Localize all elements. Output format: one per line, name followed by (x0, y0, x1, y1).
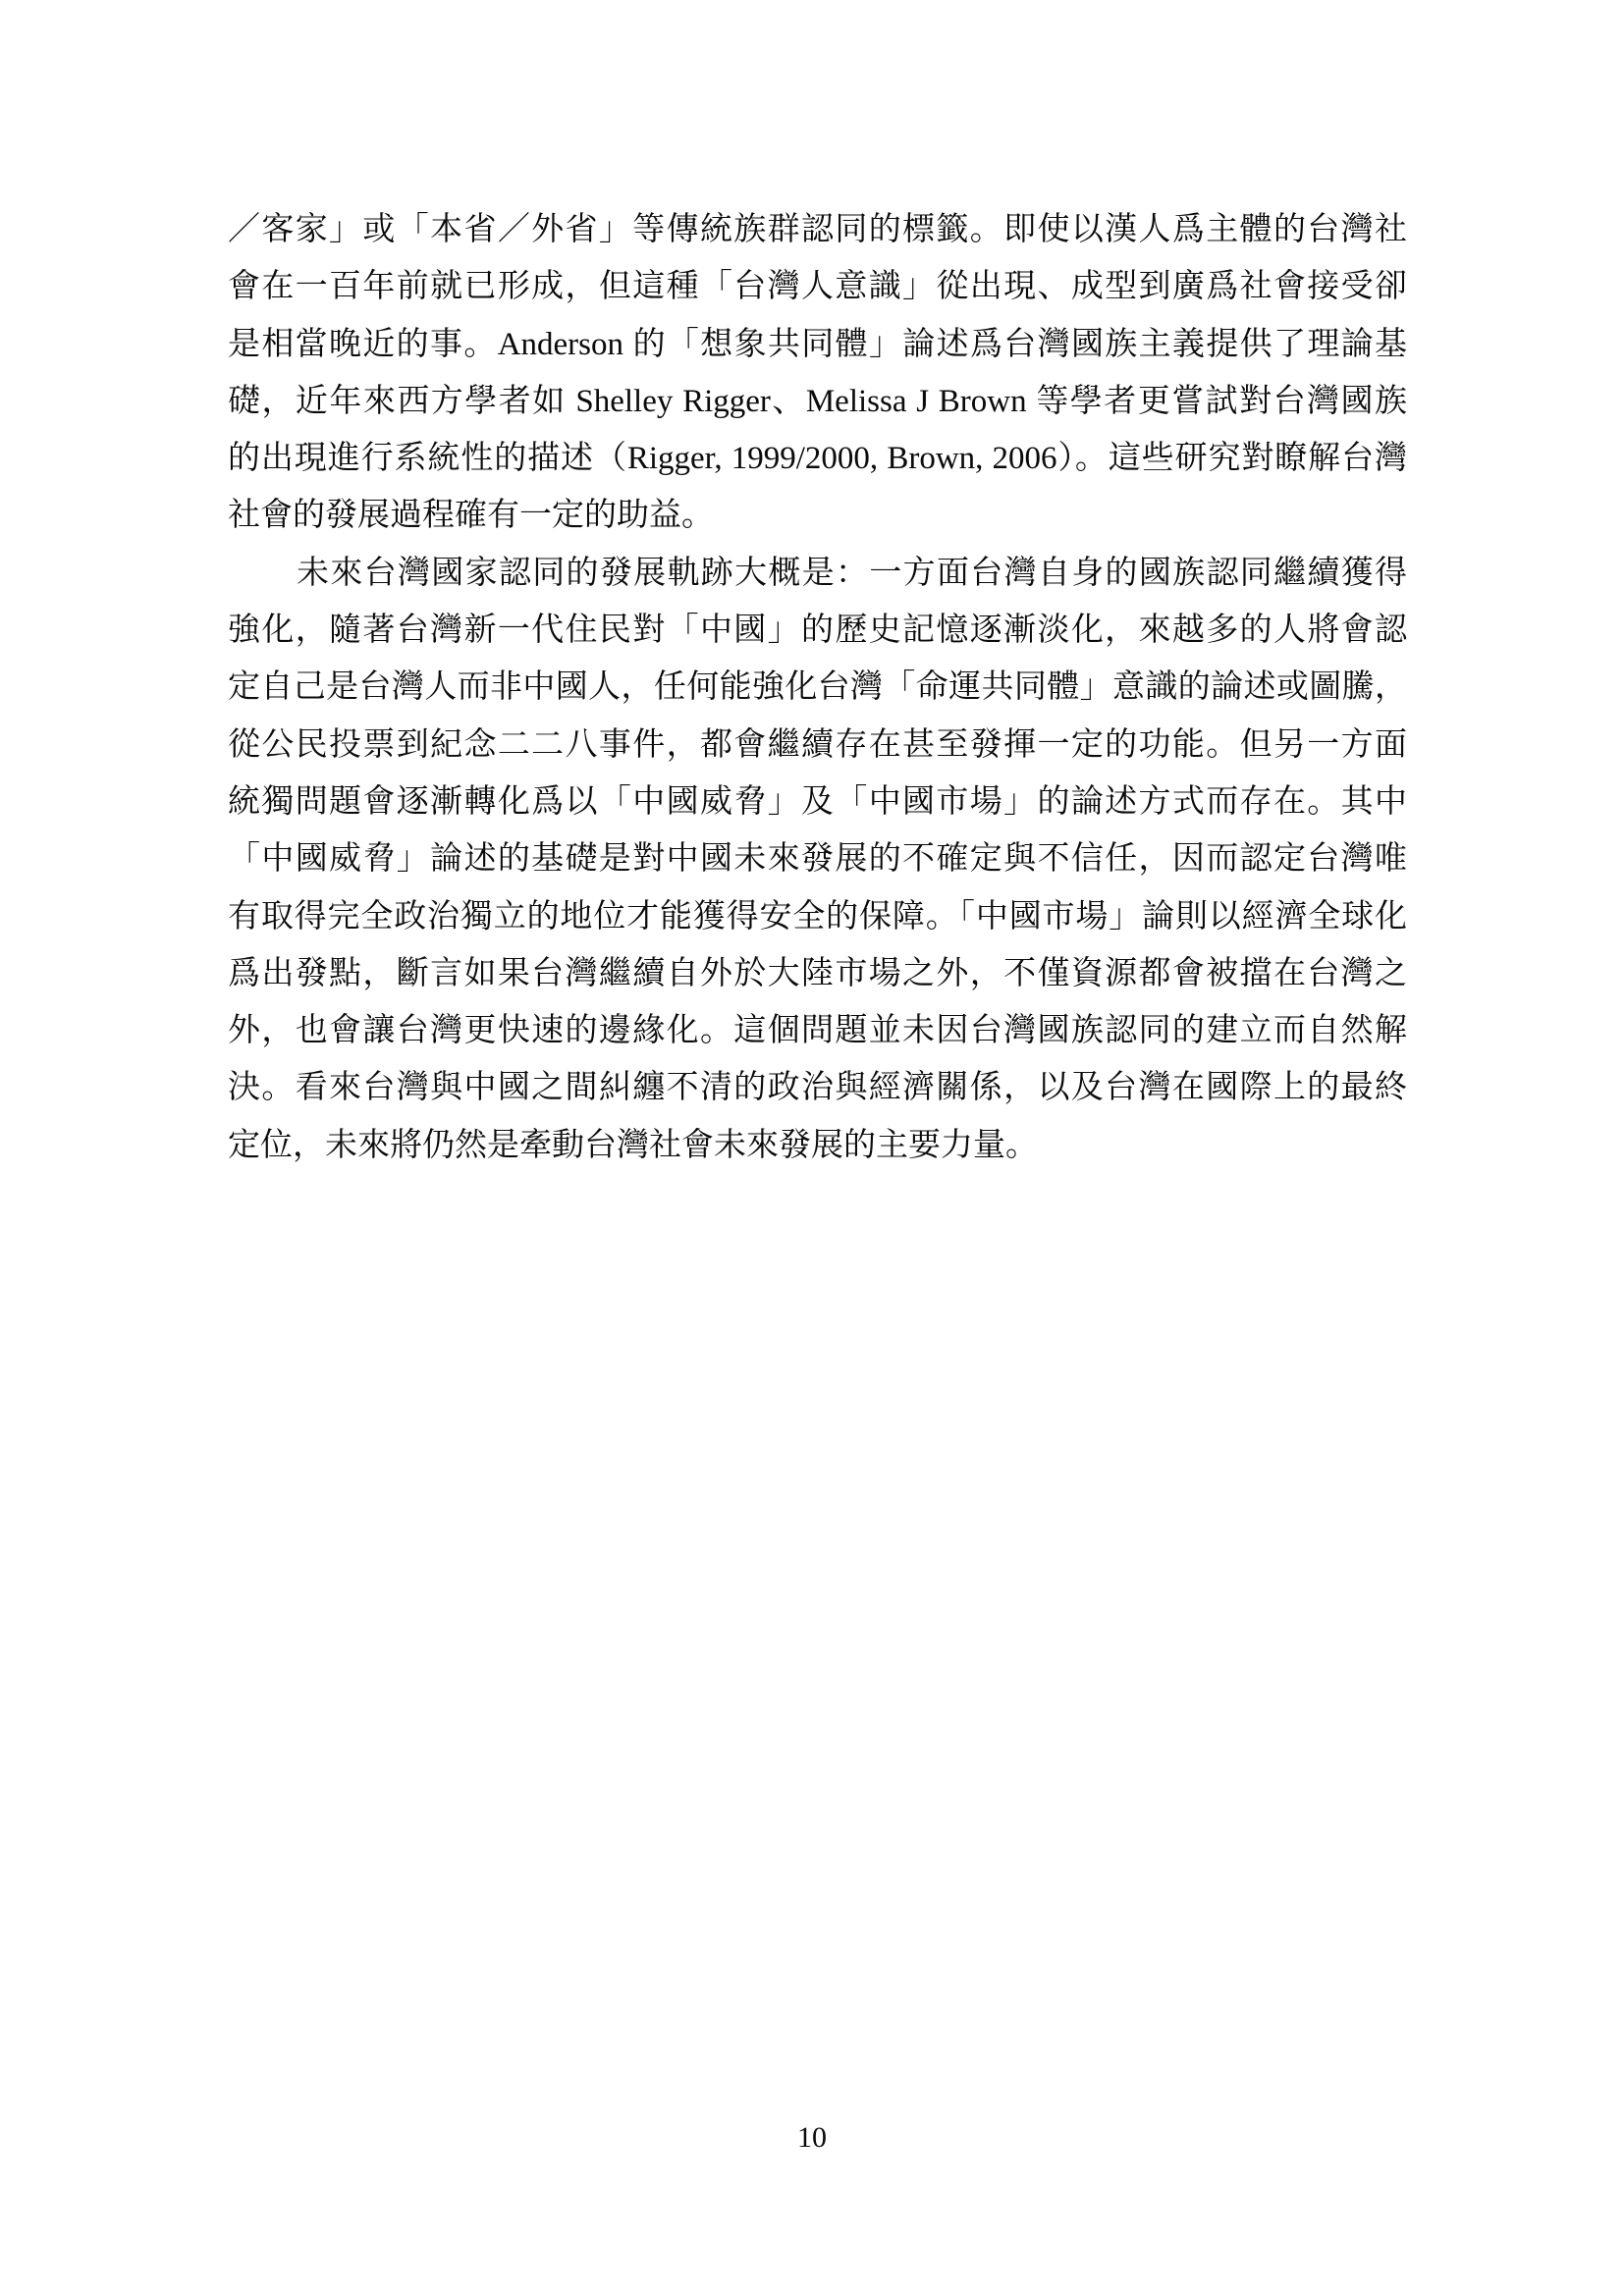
text-line: 未來台灣國家認同的發展軌跡大概是：一方面台灣自身的國族認同繼續獲得 (228, 545, 1407, 602)
text-line: ／客家」或「本省／外省」等傳統族群認同的標籤。即使以漢人爲主體的台灣社 (228, 201, 1407, 258)
text-line: 礎，近年來西方學者如 Shelley Rigger、Melissa J Brow… (228, 373, 1407, 430)
text-line: 有取得完全政治獨立的地位才能獲得安全的保障。「中國市場」論則以經濟全球化 (228, 888, 1407, 945)
document-page: ／客家」或「本省／外省」等傳統族群認同的標籤。即使以漢人爲主體的台灣社會在一百年… (0, 0, 1624, 2296)
text-block: ／客家」或「本省／外省」等傳統族群認同的標籤。即使以漢人爲主體的台灣社會在一百年… (228, 201, 1407, 1174)
text-line: 的出現進行系統性的描述（Rigger, 1999/2000, Brown, 20… (228, 430, 1407, 487)
text-line: 是相當晚近的事。Anderson 的「想象共同體」論述爲台灣國族主義提供了理論基 (228, 316, 1407, 373)
text-line: 決。看來台灣與中國之間糾纏不清的政治與經濟關係，以及台灣在國際上的最終 (228, 1059, 1407, 1116)
text-line: 強化，隨著台灣新一代住民對「中國」的歷史記憶逐漸淡化，來越多的人將會認 (228, 602, 1407, 659)
text-line: 會在一百年前就已形成，但這種「台灣人意識」從出現、成型到廣爲社會接受卻 (228, 258, 1407, 315)
page-number: 10 (0, 2120, 1624, 2156)
text-line: 統獨問題會逐漸轉化爲以「中國威脅」及「中國市場」的論述方式而存在。其中 (228, 774, 1407, 830)
text-line: 社會的發展過程確有一定的助益。 (228, 487, 1407, 544)
text-line: 爲出發點，斷言如果台灣繼續自外於大陸市場之外，不僅資源都會被擋在台灣之 (228, 945, 1407, 1002)
text-line: 外，也會讓台灣更快速的邊緣化。這個問題並未因台灣國族認同的建立而自然解 (228, 1002, 1407, 1059)
text-line: 從公民投票到紀念二二八事件，都會繼續存在甚至發揮一定的功能。但另一方面 (228, 717, 1407, 774)
text-line: 定自己是台灣人而非中國人，任何能強化台灣「命運共同體」意識的論述或圖騰， (228, 659, 1407, 716)
text-line: 「中國威脅」論述的基礎是對中國未來發展的不確定與不信任，因而認定台灣唯 (228, 830, 1407, 887)
text-line: 定位，未來將仍然是牽動台灣社會未來發展的主要力量。 (228, 1117, 1407, 1174)
